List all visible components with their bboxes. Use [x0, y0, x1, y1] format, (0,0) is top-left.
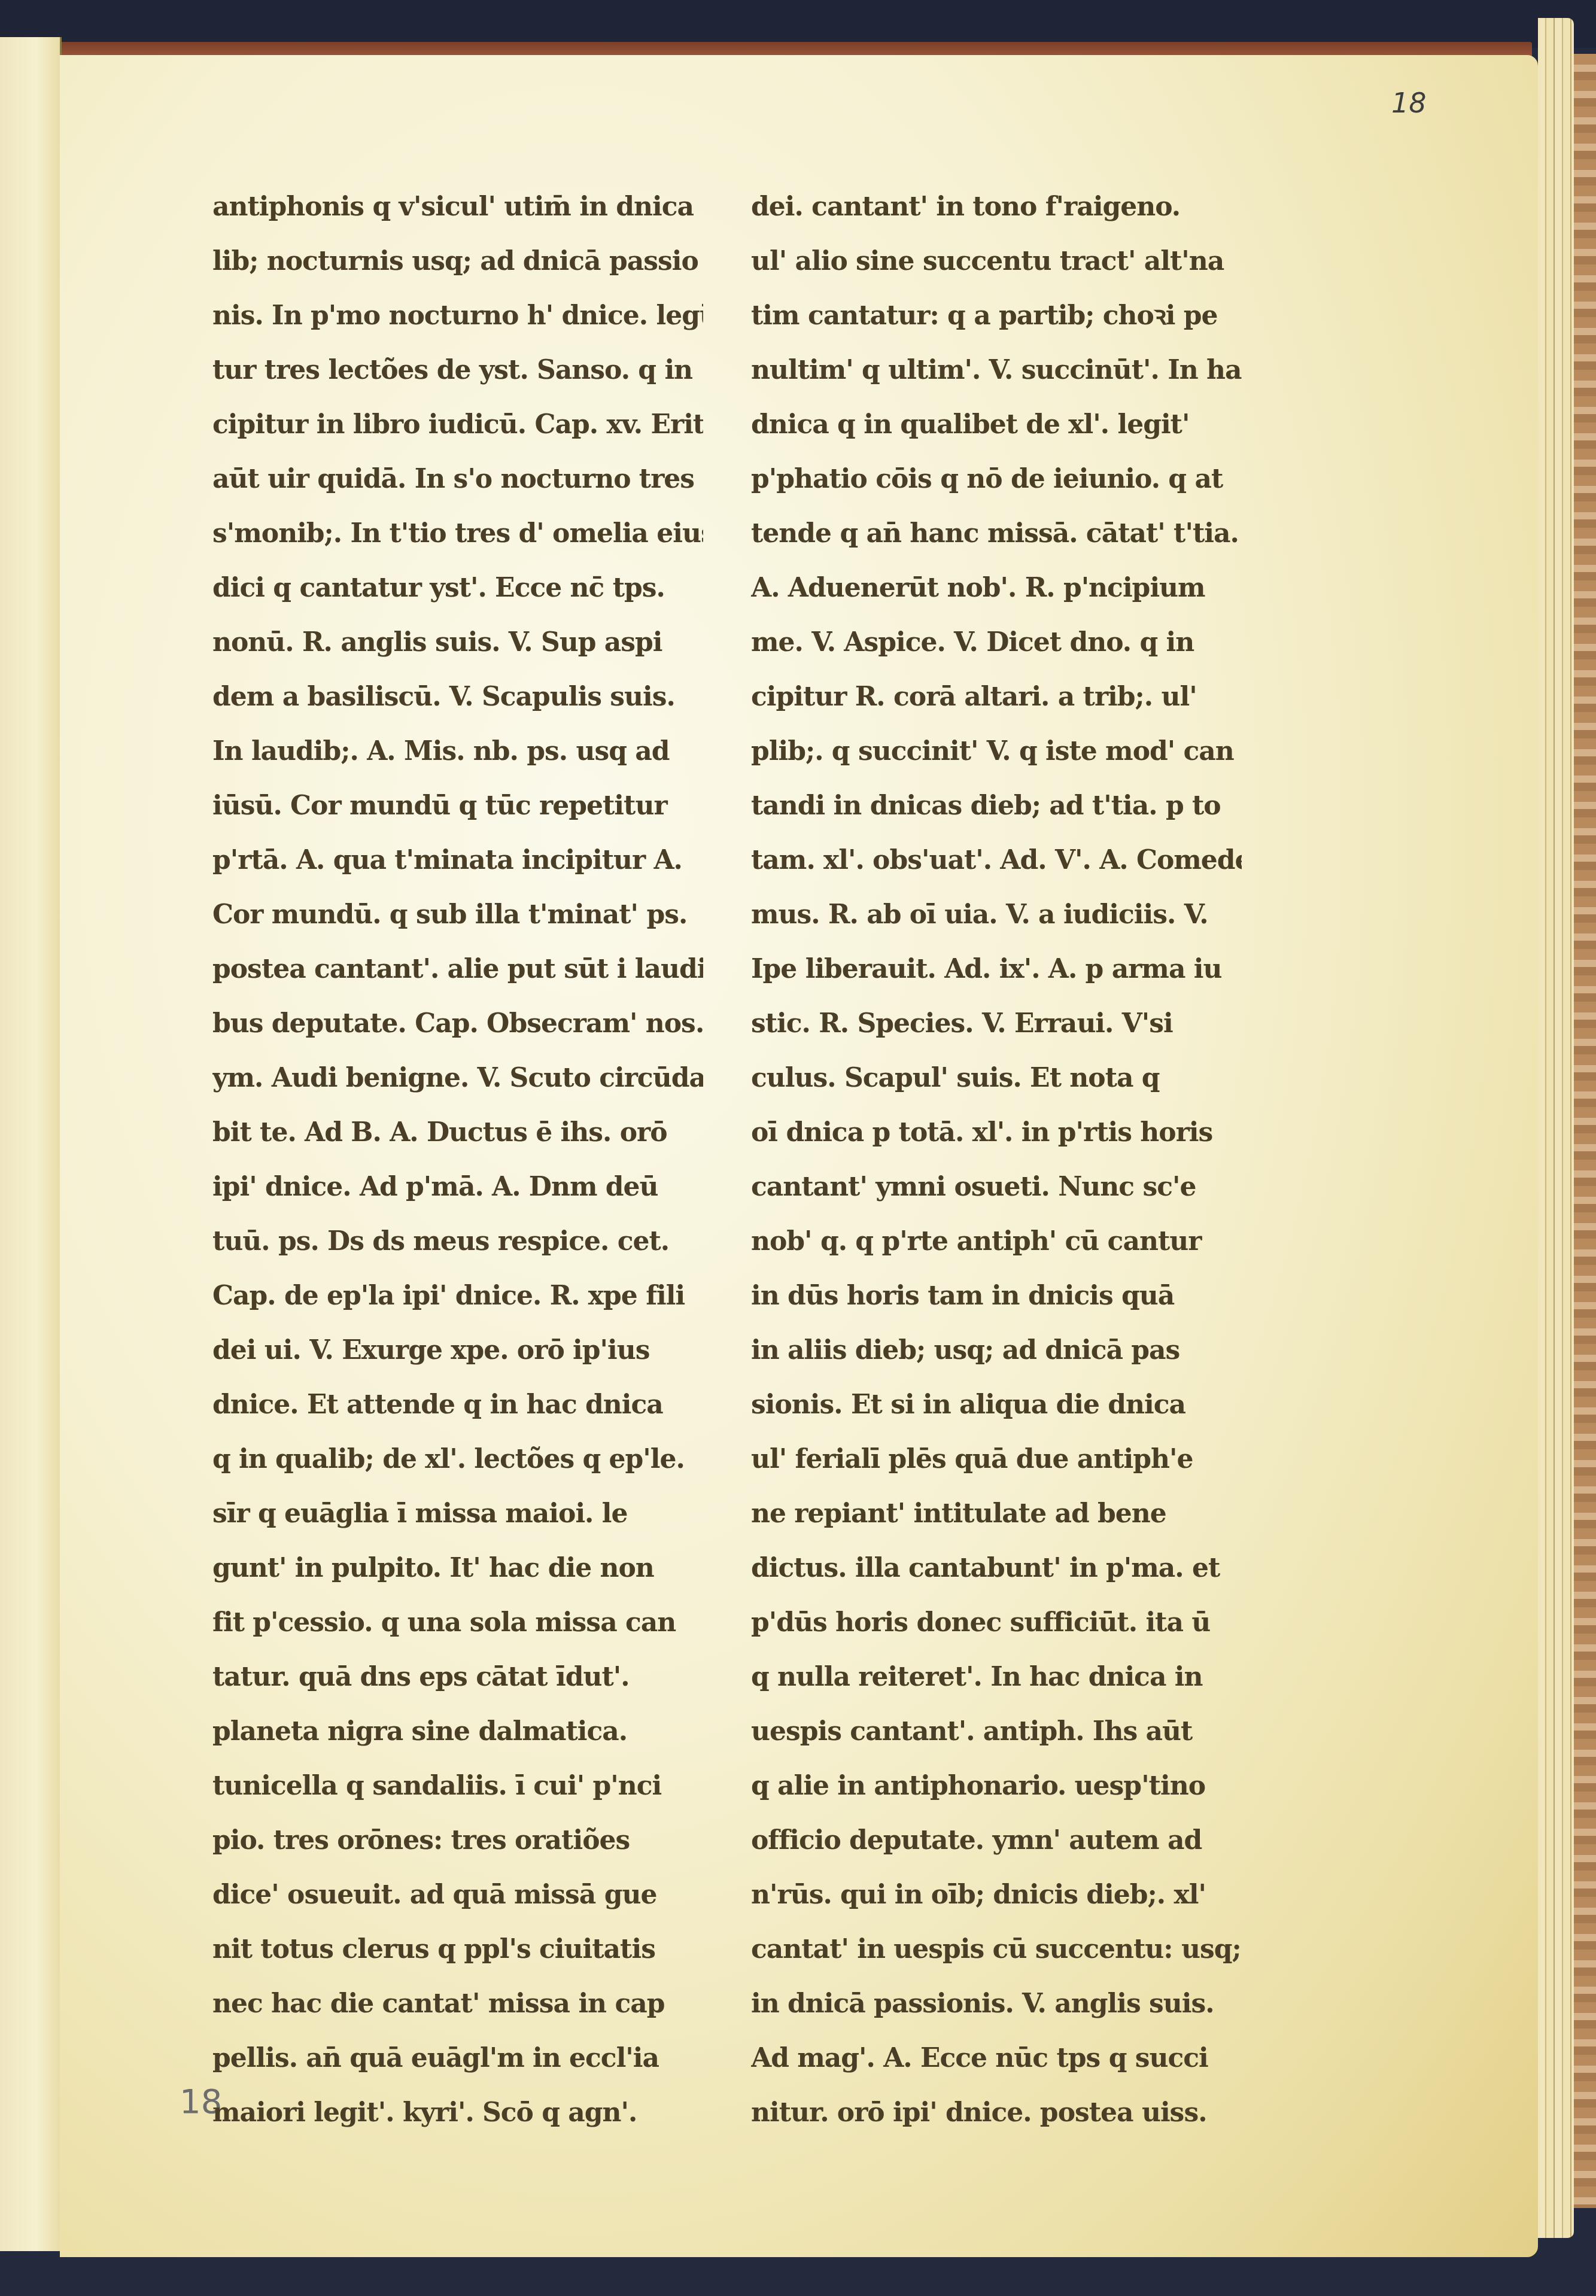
text-line: p'dūs horis donec sufficiūt. ita ū [751, 1595, 1242, 1650]
text-line: p'rtā. A. qua t'minata incipitur A. [212, 833, 703, 887]
text-line: dice' osueuit. ad quā missā gue [212, 1868, 703, 1922]
text-line: tunicella q sandaliis. ī cui' p'nci [212, 1759, 703, 1813]
text-line: ul' ferialī plēs quā due antiph'e [751, 1432, 1242, 1486]
text-line: dei ui. V. Exurge xpe. orō ip'ius [212, 1323, 703, 1377]
text-line: mus. R. ab oī uia. V. a iudiciis. V. [751, 887, 1242, 942]
text-line: postea cantant'. alie put sūt i laudi [212, 942, 703, 996]
text-line: nec hac die cantat' missa in cap [212, 1976, 703, 2031]
text-line: sionis. Et si in aliqua die dnica [751, 1377, 1242, 1432]
text-line: plib;. q succinit' V. q iste mod' can [751, 724, 1242, 778]
text-line: tatur. quā dns eps cātat īdut'. [212, 1650, 703, 1704]
text-line: dnica q in qualibet de xl'. legit' [751, 397, 1242, 452]
text-line: nonū. R. anglis suis. V. Sup aspi [212, 615, 703, 670]
text-line: tandi in dnicas dieb; ad t'tia. p to [751, 778, 1242, 833]
text-line: iūsū. Cor mundū q tūc repetitur [212, 778, 703, 833]
text-line: n'rūs. qui in oīb; dnicis dieb;. xl' [751, 1868, 1242, 1922]
text-line: In laudib;. A. Mis. nb. ps. usq ad [212, 724, 703, 778]
dark-backdrop [0, 0, 1596, 48]
book-cover-edge [1571, 54, 1596, 2208]
text-line: officio deputate. ymn' autem ad [751, 1813, 1242, 1868]
text-line: antiphonis q v'sicul' utim̄ in dnica [212, 180, 703, 234]
text-line: p'phatio cōis q nō de ieiunio. q at [751, 452, 1242, 506]
text-line: tuū. ps. Ds ds meus respice. cet. [212, 1214, 703, 1269]
text-line: maiori legit'. kyri'. Scō q agn'. [212, 2085, 703, 2140]
text-line: cantant' ymni osueti. Nunc sc'e [751, 1160, 1242, 1214]
text-line: ym. Audi benigne. V. Scuto circūda [212, 1051, 703, 1105]
text-line: nob' q. q p'rte antiph' cū cantur [751, 1214, 1242, 1269]
text-line: in aliis dieb; usq; ad dnicā pas [751, 1323, 1242, 1377]
text-line: nit totus clerus q ppl's ciuitatis [212, 1922, 703, 1976]
text-line: ipi' dnice. Ad p'mā. A. Dnm deū [212, 1160, 703, 1214]
text-line: stic. R. Species. V. Erraui. V'si [751, 996, 1242, 1051]
text-line: planeta nigra sine dalmatica. [212, 1704, 703, 1759]
text-line: s'monib;. In t'tio tres d' omelia eius [212, 506, 703, 561]
text-line: Ipe liberauit. Ad. ix'. A. p arma iu [751, 942, 1242, 996]
text-line: cipitur R. corā altari. a trib;. ul' [751, 670, 1242, 724]
text-line: tur tres lectões de yst. Sanso. q in [212, 343, 703, 397]
text-line: nitur. orō ipi' dnice. postea uiss. [751, 2085, 1242, 2140]
text-line: tim cantatur: q a partib; choꝛi pe [751, 288, 1242, 343]
text-line: Cor mundū. q sub illa t'minat' ps. [212, 887, 703, 942]
text-line: dnice. Et attende q in hac dnica [212, 1377, 703, 1432]
text-line: nis. In p'mo nocturno h' dnice. legu̅ [212, 288, 703, 343]
text-line: ul' alio sine succentu tract' alt'na [751, 234, 1242, 288]
text-line: me. V. Aspice. V. Dicet dno. q in [751, 615, 1242, 670]
text-line: ne repiant' intitulate ad bene [751, 1486, 1242, 1541]
text-line: Cap. de ep'la ipi' dnice. R. xpe fili [212, 1269, 703, 1323]
text-line: dici q cantatur yst'. Ecce nc̄ tps. [212, 561, 703, 615]
text-line: dem a basiliscū. V. Scapulis suis. [212, 670, 703, 724]
text-column-right: dei. cantant' in tono f'raigeno.ul' alio… [751, 180, 1242, 2140]
text-line: tende q an̄ hanc missā. cātat' t'tia. [751, 506, 1242, 561]
text-line: tam. xl'. obs'uat'. Ad. V'. A. Comede [751, 833, 1242, 887]
text-line: cipitur in libro iudicū. Cap. xv. Erit [212, 397, 703, 452]
text-line: in dūs horis tam in dnicis quā [751, 1269, 1242, 1323]
text-line: Ad mag'. A. Ecce nūc tps q succi [751, 2031, 1242, 2085]
text-line: nultim' q ultim'. V. succinūt'. In hac [751, 343, 1242, 397]
text-line: bit te. Ad B. A. Ductus ē ihs. orō [212, 1105, 703, 1160]
text-line: q in qualib; de xl'. lectões q ep'le. [212, 1432, 703, 1486]
text-line: q alie in antiphonario. uesp'tino [751, 1759, 1242, 1813]
text-line: gunt' in pulpito. It' hac die non [212, 1541, 703, 1595]
text-line: sīr q euāglia ī missa maioi. le [212, 1486, 703, 1541]
text-line: fit p'cessio. q una sola missa can [212, 1595, 703, 1650]
text-line: oī dnica p totā. xl'. in p'rtis horis [751, 1105, 1242, 1160]
text-line: uespis cantant'. antiph. Ihs aūt [751, 1704, 1242, 1759]
text-line: pio. tres orōnes: tres oratiões [212, 1813, 703, 1868]
text-column-left: antiphonis q v'sicul' utim̄ in dnicalib;… [212, 180, 703, 2140]
text-line: q nulla reiteret'. In hac dnica in [751, 1650, 1242, 1704]
text-line: dei. cantant' in tono f'raigeno. [751, 180, 1242, 234]
text-line: lib; nocturnis usq; ad dnicā passio [212, 234, 703, 288]
text-line: pellis. an̄ quā euāgl'm in eccl'ia [212, 2031, 703, 2085]
text-line: dictus. illa cantabunt' in p'ma. et [751, 1541, 1242, 1595]
text-line: cantat' in uespis cū succentu: usq; [751, 1922, 1242, 1976]
facing-leaf-edge [0, 37, 62, 2251]
text-line: culus. Scapul' suis. Et nota q [751, 1051, 1242, 1105]
text-line: aūt uir quidā. In s'o nocturno tres de [212, 452, 703, 506]
page-fore-edge [1538, 18, 1574, 2238]
text-line: A. Aduenerūt nob'. R. p'ncipium [751, 561, 1242, 615]
folio-number-top: 18 [1391, 87, 1427, 119]
text-line: bus deputate. Cap. Obsecram' nos. [212, 996, 703, 1051]
text-line: in dnicā passionis. V. anglis suis. [751, 1976, 1242, 2031]
